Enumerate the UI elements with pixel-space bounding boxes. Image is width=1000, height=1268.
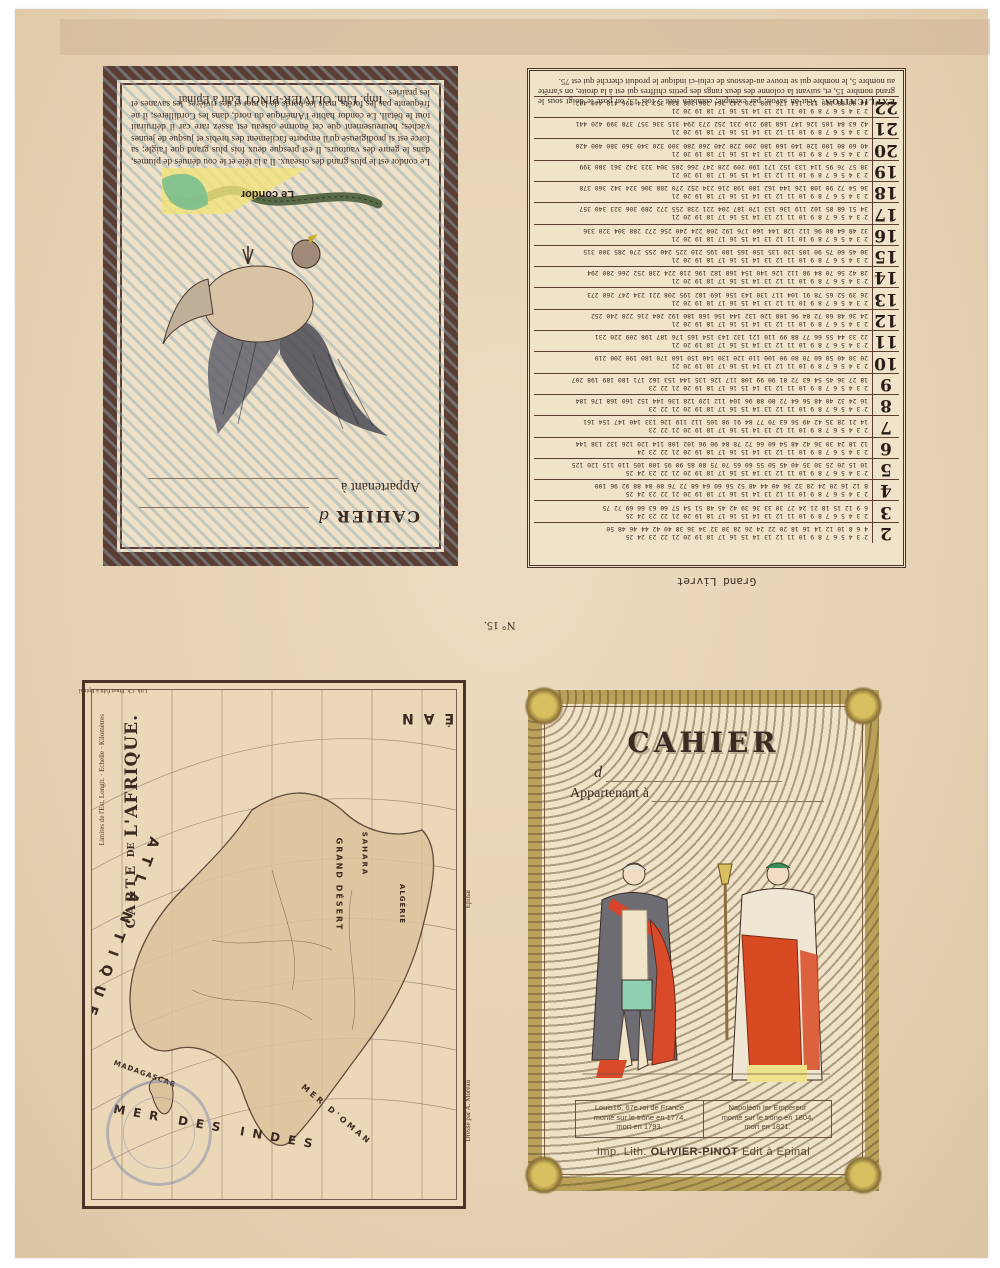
product-line: 16 24 32 40 48 56 64 72 80 88 96 104 112… xyxy=(534,397,868,405)
caption-line: mort en 1821. xyxy=(704,1122,831,1132)
table-row: 102 3 4 5 6 7 8 9 10 11 12 13 14 15 16 1… xyxy=(534,351,899,372)
multiplier-number: 3 xyxy=(872,501,899,521)
table-row: 132 3 4 5 6 7 8 9 10 11 12 13 14 15 16 1… xyxy=(534,287,899,308)
map-title-afrique: L'AFRIQUE. xyxy=(122,714,142,837)
table-row: 202 3 4 5 6 7 8 9 10 11 12 13 14 15 16 1… xyxy=(534,138,899,159)
product-cells: 2 3 4 5 6 7 8 9 10 11 12 13 14 15 16 17 … xyxy=(534,205,872,221)
product-line: 12 18 24 30 36 42 48 54 60 66 72 78 84 9… xyxy=(534,440,868,448)
cover-owner-field: Appartenant à xyxy=(570,786,824,802)
table-row: 142 3 4 5 6 7 8 9 10 11 12 13 14 15 16 1… xyxy=(534,266,899,287)
table-row: 172 3 4 5 6 7 8 9 10 11 12 13 14 15 16 1… xyxy=(534,202,899,223)
product-line: 10 15 20 25 30 35 40 45 50 55 60 65 70 7… xyxy=(534,461,868,469)
caption-line: Louis16, 67e roi de France xyxy=(576,1103,703,1113)
caption-line: monté sur le trône en 1804, xyxy=(704,1113,831,1123)
product-cells: 2 3 4 5 6 7 8 9 10 11 12 13 14 15 16 17 … xyxy=(534,440,872,456)
product-cells: 2 3 4 5 6 7 8 9 10 11 12 13 14 15 16 17 … xyxy=(534,312,872,328)
tape-strip xyxy=(60,19,990,55)
cover-title: CAHIERd xyxy=(139,507,420,526)
factor-line: 2 3 4 5 6 7 8 9 10 11 12 13 14 15 16 17 … xyxy=(534,426,868,434)
table-row: 182 3 4 5 6 7 8 9 10 11 12 13 14 15 16 1… xyxy=(534,181,899,202)
factor-line: 2 3 4 5 6 7 8 9 10 11 12 13 14 15 16 17 … xyxy=(534,469,868,477)
product-line: 20 30 40 50 60 70 80 90 100 110 120 130 … xyxy=(534,354,868,362)
multiplication-table-card: 22 3 4 5 6 7 8 9 10 11 12 13 14 15 16 17… xyxy=(527,68,906,568)
product-cells: 2 3 4 5 6 7 8 9 10 11 12 13 14 15 16 17 … xyxy=(534,163,872,179)
frame-corner-ornament-icon xyxy=(524,686,564,726)
table-row: 152 3 4 5 6 7 8 9 10 11 12 13 14 15 16 1… xyxy=(534,245,899,266)
product-cells: 2 3 4 5 6 7 8 9 10 11 12 13 14 15 16 17 … xyxy=(534,142,872,158)
factor-line: 2 3 4 5 6 7 8 9 10 11 12 13 14 15 16 17 … xyxy=(534,405,868,413)
product-line: 24 36 48 60 72 84 96 108 120 132 144 156… xyxy=(534,312,868,320)
product-cells: 2 3 4 5 6 7 8 9 10 11 12 13 14 15 16 17 … xyxy=(534,397,872,413)
label-algerie: ALGÉRIE xyxy=(398,884,406,924)
imprint-prefix: Imp. Lith. xyxy=(597,1146,647,1158)
cover-title-text: CAHIER xyxy=(335,507,420,526)
portrait-captions: Louis16, 67e roi de France monté sur le … xyxy=(575,1100,832,1138)
product-cells: 2 3 4 5 6 7 8 9 10 11 12 13 14 15 16 17 … xyxy=(534,376,872,392)
product-cells: 2 3 4 5 6 7 8 9 10 11 12 13 14 15 16 17 … xyxy=(534,184,872,200)
louis-xvi-and-napoleon-figures-icon xyxy=(582,860,830,1096)
map-area: Limites de l'Est, Longit. · Echelle · Ki… xyxy=(91,689,457,1200)
product-line: 8 12 16 20 24 28 32 36 40 44 48 52 56 60… xyxy=(534,482,868,490)
sheet-number: N° 15. xyxy=(484,618,515,633)
factor-line: 2 3 4 5 6 7 8 9 10 11 12 13 14 15 16 17 … xyxy=(534,277,868,285)
multiplication-rows: 22 3 4 5 6 7 8 9 10 11 12 13 14 15 16 17… xyxy=(534,96,899,543)
factor-line: 2 3 4 5 6 7 8 9 10 11 12 13 14 15 16 17 … xyxy=(534,192,868,200)
product-line: 28 42 56 70 84 98 112 126 140 154 168 18… xyxy=(534,269,868,277)
frame-corner-ornament-icon xyxy=(843,686,883,726)
illustration-caption: Le condor xyxy=(241,188,294,200)
product-line: 14 21 28 35 42 49 56 63 70 77 84 91 98 1… xyxy=(534,418,868,426)
multiplier-number: 20 xyxy=(872,139,899,159)
frame-corner-ornament-icon xyxy=(843,1155,883,1195)
multiplier-number: 18 xyxy=(872,182,899,202)
owner-label: Appartenant à xyxy=(570,786,649,801)
factor-line: 2 3 4 5 6 7 8 9 10 11 12 13 14 15 16 17 … xyxy=(534,448,868,456)
factor-line: 2 3 4 5 6 7 8 9 10 11 12 13 14 15 16 17 … xyxy=(534,128,868,136)
product-line: 26 39 52 65 78 91 104 117 130 143 156 16… xyxy=(534,291,868,299)
product-cells: 2 3 4 5 6 7 8 9 10 11 12 13 14 15 16 17 … xyxy=(534,333,872,349)
product-cells: 2 3 4 5 6 7 8 9 10 11 12 13 14 15 16 17 … xyxy=(534,418,872,434)
factor-line: 2 3 4 5 6 7 8 9 10 11 12 13 14 15 16 17 … xyxy=(534,299,868,307)
product-line: 38 57 76 95 114 133 152 171 190 209 228 … xyxy=(534,163,868,171)
product-line: 30 45 60 75 90 105 120 135 150 165 180 1… xyxy=(534,248,868,256)
table-row: 162 3 4 5 6 7 8 9 10 11 12 13 14 15 16 1… xyxy=(534,224,899,245)
table-row: 62 3 4 5 6 7 8 9 10 11 12 13 14 15 16 17… xyxy=(534,437,899,458)
owner-line xyxy=(148,478,338,479)
factor-line: 2 3 4 5 6 7 8 9 10 11 12 13 14 15 16 17 … xyxy=(534,384,868,392)
multiplier-number: 12 xyxy=(872,310,899,330)
owner-line xyxy=(652,801,824,802)
cover-title-suffix: d xyxy=(594,764,602,781)
imprint-suffix: Edit à Epinal xyxy=(742,1146,810,1158)
library-stamp-icon xyxy=(106,1080,212,1186)
product-line: 18 27 36 45 54 63 72 81 90 99 108 117 12… xyxy=(534,376,868,384)
table-row: 52 3 4 5 6 7 8 9 10 11 12 13 14 15 16 17… xyxy=(534,458,899,479)
multiplier-number: 7 xyxy=(872,416,899,436)
condor-attacking-snake-icon xyxy=(162,168,398,444)
multiplier-number: 10 xyxy=(872,352,899,372)
cahier-notebook-cover: CAHIER d Appartenant à Louis16, 67e roi … xyxy=(528,690,879,1191)
multiplier-number: 15 xyxy=(872,246,899,266)
factor-line: 2 3 4 5 6 7 8 9 10 11 12 13 14 15 16 17 … xyxy=(534,213,868,221)
factor-line: 2 3 4 5 6 7 8 9 10 11 12 13 14 15 16 17 … xyxy=(534,235,868,243)
table-row: 82 3 4 5 6 7 8 9 10 11 12 13 14 15 16 17… xyxy=(534,394,899,415)
factor-line: 2 3 4 5 6 7 8 9 10 11 12 13 14 15 16 17 … xyxy=(534,533,868,541)
multiplier-number: 8 xyxy=(872,395,899,415)
factor-line: 2 3 4 5 6 7 8 9 10 11 12 13 14 15 16 17 … xyxy=(534,107,868,115)
label-sahara: SAHARA xyxy=(360,832,368,877)
factor-line: 2 3 4 5 6 7 8 9 10 11 12 13 14 15 16 17 … xyxy=(534,490,868,498)
table-explanation: EXPLICATION. Veut-on savoir, par exemple… xyxy=(538,77,895,107)
caption-napoleon: Napoléon Ier Empereur monté sur le trône… xyxy=(704,1101,831,1137)
multiplier-number: 17 xyxy=(872,203,899,223)
product-cells: 2 3 4 5 6 7 8 9 10 11 12 13 14 15 16 17 … xyxy=(534,504,872,520)
owner-label: Appartenant à xyxy=(341,479,420,494)
printer-imprint: Imp. Lith. OLIVIER-PINOT Edit à Epinal xyxy=(528,1146,879,1158)
product-line: 22 33 44 55 66 77 88 99 110 121 132 143 … xyxy=(534,333,868,341)
product-cells: 2 3 4 5 6 7 8 9 10 11 12 13 14 15 16 17 … xyxy=(534,525,872,541)
subject-line xyxy=(606,781,782,782)
multiplier-number: 4 xyxy=(872,480,899,500)
table-row: 92 3 4 5 6 7 8 9 10 11 12 13 14 15 16 17… xyxy=(534,373,899,394)
multiplier-number: 19 xyxy=(872,161,899,181)
map-title-de: DE xyxy=(127,843,137,858)
cover-subject-field: d xyxy=(594,764,782,782)
label-grand-desert: GRAND DÉSERT xyxy=(334,838,343,932)
product-cells: 2 3 4 5 6 7 8 9 10 11 12 13 14 15 16 17 … xyxy=(534,248,872,264)
table-row: 122 3 4 5 6 7 8 9 10 11 12 13 14 15 16 1… xyxy=(534,309,899,330)
map-credit-bottom: Dressé par A. Moreau xyxy=(464,1080,472,1141)
product-cells: 2 3 4 5 6 7 8 9 10 11 12 13 14 15 16 17 … xyxy=(534,461,872,477)
product-cells: 2 3 4 5 6 7 8 9 10 11 12 13 14 15 16 17 … xyxy=(534,354,872,370)
product-line: 32 48 64 80 96 112 128 144 160 176 192 2… xyxy=(534,227,868,235)
table-title: Grand Livret xyxy=(527,575,906,588)
label-ocean: OCÉAN xyxy=(392,710,457,726)
product-line: 42 63 84 105 126 147 168 189 210 231 252… xyxy=(534,120,868,128)
caption-line: mort en 1793. xyxy=(576,1122,703,1132)
multiplier-number: 6 xyxy=(872,438,899,458)
map-legend: Limites de l'Est, Longit. · Echelle · Ki… xyxy=(98,714,107,845)
caption-line: Napoléon Ier Empereur xyxy=(704,1103,831,1113)
table-row: 72 3 4 5 6 7 8 9 10 11 12 13 14 15 16 17… xyxy=(534,415,899,436)
product-cells: 2 3 4 5 6 7 8 9 10 11 12 13 14 15 16 17 … xyxy=(534,291,872,307)
cover-title: CAHIER xyxy=(528,726,879,759)
multiplier-number: 2 xyxy=(872,523,899,543)
frame-corner-ornament-icon xyxy=(524,1155,564,1195)
product-line: 36 54 72 90 108 126 144 162 180 198 216 … xyxy=(534,184,868,192)
product-line: 4 6 8 10 12 14 16 18 20 22 24 26 28 30 3… xyxy=(534,525,868,533)
map-credit-side: Epinal xyxy=(464,890,472,908)
multiplier-number: 11 xyxy=(872,331,899,351)
map-credit-top: Lith. Ch. Pinot Édit à Epinal xyxy=(79,687,148,693)
factor-line: 2 3 4 5 6 7 8 9 10 11 12 13 14 15 16 17 … xyxy=(534,150,868,158)
multiplier-number: 5 xyxy=(872,459,899,479)
table-row: 32 3 4 5 6 7 8 9 10 11 12 13 14 15 16 17… xyxy=(534,500,899,521)
factor-line: 2 3 4 5 6 7 8 9 10 11 12 13 14 15 16 17 … xyxy=(534,512,868,520)
caption-line: monté sur le trône en 1774, xyxy=(576,1113,703,1123)
caption-louis-xvi: Louis16, 67e roi de France monté sur le … xyxy=(576,1101,704,1137)
multiplier-number: 9 xyxy=(872,374,899,394)
factor-line: 2 3 4 5 6 7 8 9 10 11 12 13 14 15 16 17 … xyxy=(534,341,868,349)
table-frame: 22 3 4 5 6 7 8 9 10 11 12 13 14 15 16 17… xyxy=(527,68,906,568)
printer-imprint: Imp. Lith. OLIVIER-PINOT Edit à Epinal xyxy=(117,92,444,107)
product-cells: 2 3 4 5 6 7 8 9 10 11 12 13 14 15 16 17 … xyxy=(534,269,872,285)
product-line: 40 60 80 100 120 140 160 180 200 220 240… xyxy=(534,142,868,150)
explanation-label: EXPLICATION. xyxy=(821,97,895,107)
product-cells: 2 3 4 5 6 7 8 9 10 11 12 13 14 15 16 17 … xyxy=(534,227,872,243)
imprint-name: OLIVIER-PINOT xyxy=(651,1146,739,1158)
table-row: 42 3 4 5 6 7 8 9 10 11 12 13 14 15 16 17… xyxy=(534,479,899,500)
product-cells: 2 3 4 5 6 7 8 9 10 11 12 13 14 15 16 17 … xyxy=(534,482,872,498)
product-line: 34 51 68 85 102 119 136 153 170 187 204 … xyxy=(534,205,868,213)
factor-line: 2 3 4 5 6 7 8 9 10 11 12 13 14 15 16 17 … xyxy=(534,256,868,264)
table-row: 112 3 4 5 6 7 8 9 10 11 12 13 14 15 16 1… xyxy=(534,330,899,351)
multiplier-number: 13 xyxy=(872,288,899,308)
factor-line: 2 3 4 5 6 7 8 9 10 11 12 13 14 15 16 17 … xyxy=(534,320,868,328)
table-row: 212 3 4 5 6 7 8 9 10 11 12 13 14 15 16 1… xyxy=(534,117,899,138)
africa-map-card: Limites de l'Est, Longit. · Echelle · Ki… xyxy=(82,680,466,1209)
multiplier-number: 21 xyxy=(872,118,899,138)
product-cells: 2 3 4 5 6 7 8 9 10 11 12 13 14 15 16 17 … xyxy=(534,120,872,136)
factor-line: 2 3 4 5 6 7 8 9 10 11 12 13 14 15 16 17 … xyxy=(534,362,868,370)
factor-line: 2 3 4 5 6 7 8 9 10 11 12 13 14 15 16 17 … xyxy=(534,171,868,179)
condor-notebook-cover: CAHIERd Appartenant à L xyxy=(103,66,458,566)
table-row: 192 3 4 5 6 7 8 9 10 11 12 13 14 15 16 1… xyxy=(534,160,899,181)
cover-title-suffix: d xyxy=(317,507,329,526)
multiplier-number: 16 xyxy=(872,225,899,245)
owner-field: Appartenant à xyxy=(148,478,420,494)
name-line xyxy=(139,507,309,508)
table-row: 22 3 4 5 6 7 8 9 10 11 12 13 14 15 16 17… xyxy=(534,522,899,543)
multiplier-number: 14 xyxy=(872,267,899,287)
product-line: 6 9 12 15 18 21 24 27 30 33 36 39 42 45 … xyxy=(534,504,868,512)
